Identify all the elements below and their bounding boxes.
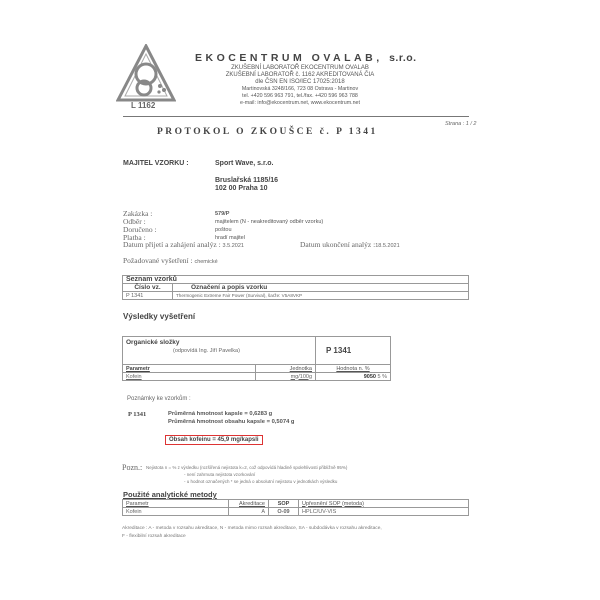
header-email: e-mail: info@ekocentrum.net, www.ekocent… — [195, 100, 405, 106]
header-line: ZKUŠEBNÍ LABORATOŘ č. 1162 AKREDITOVANÁ … — [195, 72, 405, 78]
accreditation-note: Akreditace : A - metoda v rozsahu akredi… — [122, 526, 382, 531]
col-parameter: Parametr — [123, 365, 256, 373]
table-row: P 1341 Thermogenic Extreme Fair Power (S… — [123, 292, 469, 300]
owner-city: 102 00 Praha 10 — [215, 185, 268, 192]
remarks-line: - není zahrnuta nejistota vzorkování — [184, 472, 255, 477]
header-phone: tel. +420 596 963 791, tel./fax. +420 59… — [195, 93, 405, 99]
lab-code: L 1162 — [131, 101, 155, 110]
order-value: 579/P — [215, 211, 229, 217]
header-address: Martinovská 3248/166, 723 08 Ostrava - M… — [195, 86, 405, 92]
results-group: Organické složky (odpovídá Ing. Jiří Pav… — [123, 337, 316, 365]
protocol-title: PROTOKOL O ZKOUŠCE č. P 1341 — [157, 127, 378, 137]
delivery-value: poštou — [215, 227, 232, 233]
owner-street: Bruslařská 1185/16 — [215, 177, 278, 184]
results-sample-id: P 1341 — [316, 337, 391, 365]
method-detail: HPLC/UV-VIS — [299, 508, 469, 516]
samples-caption: Seznam vzorků — [123, 276, 469, 284]
samples-table: Seznam vzorků Číslo vz. Označení a popis… — [122, 275, 469, 300]
col-accreditation: Akreditace — [229, 500, 269, 508]
method-sop: O-09 — [269, 508, 299, 516]
col-sop: SOP — [269, 500, 299, 508]
table-row: Kofein mg/100g 9050 5 % — [123, 373, 391, 381]
owner-name: Sport Wave, s.r.o. — [215, 160, 273, 167]
accreditation-note: F - flexibilní rozsah akreditace — [122, 534, 186, 539]
results-title: Výsledky vyšetření — [123, 312, 195, 321]
col-sample-no: Číslo vz. — [123, 284, 173, 292]
sample-id: P 1341 — [123, 292, 173, 300]
capsule-weight: Průměrná hmotnost kapsle = 0,6283 g — [168, 411, 272, 417]
methods-title: Použité analytické metody — [123, 490, 217, 499]
notes-label: Poznámky ke vzorkům : — [127, 396, 191, 402]
method-accreditation: A — [229, 508, 269, 516]
col-sop-detail: Upřesnění SOP (metoda) — [299, 500, 469, 508]
remarks-text: Nejistota n = % z výsledku (rozšířená ne… — [146, 465, 347, 470]
received-date: Datum přijetí a zahájení analýz : 3.5.20… — [123, 240, 244, 249]
results-table: Organické složky (odpovídá Ing. Jiří Pav… — [122, 336, 391, 381]
divider — [123, 116, 469, 117]
requested-analysis: Požadované vyšetření : chemické — [123, 256, 218, 265]
remarks-line: - u hodnot označených * se jedná o absol… — [184, 479, 337, 484]
param-value: 9050 5 % — [316, 373, 391, 381]
owner-label: MAJITEL VZORKU : — [123, 160, 189, 167]
capsule-content-weight: Průměrná hmotnost obsahu kapsle = 0,5074… — [168, 419, 294, 425]
caffeine-content-highlight: Obsah kofeinu = 45,9 mg/kapsli — [165, 435, 263, 445]
col-parameter: Parametr — [123, 500, 229, 508]
sampling-value: majitelem (N - neakreditovaný odběr vzor… — [215, 219, 323, 225]
company-name: EKOCENTRUM OVALAB, s.r.o. — [195, 52, 417, 64]
sample-description: Thermogenic Extreme Fair Power (Survival… — [173, 292, 469, 300]
page-number: Strana : 1 / 2 — [445, 121, 477, 127]
methods-table: Parametr Akreditace SOP Upřesnění SOP (m… — [122, 499, 469, 516]
table-row: Kofein A O-09 HPLC/UV-VIS — [123, 508, 469, 516]
col-unit: Jednotka — [256, 365, 316, 373]
notes-sample-id: P 1341 — [128, 411, 146, 418]
method-param: Kofein — [123, 508, 229, 516]
param-name: Kofein — [123, 373, 256, 381]
remarks-label: Pozn.: — [122, 463, 142, 472]
col-value: Hodnota n. % — [316, 365, 391, 373]
param-unit: mg/100g — [256, 373, 316, 381]
ovalab-logo-icon — [116, 44, 176, 102]
finished-date: Datum ukončení analýz :18.5.2021 — [300, 240, 400, 249]
header-line: ZKUŠEBNÍ LABORATOŘ EKOCENTRUM OVALAB — [195, 65, 405, 71]
header-line: dle ČSN EN ISO/IEC 17025:2018 — [195, 79, 405, 85]
col-description: Označení a popis vzorku — [173, 284, 469, 292]
